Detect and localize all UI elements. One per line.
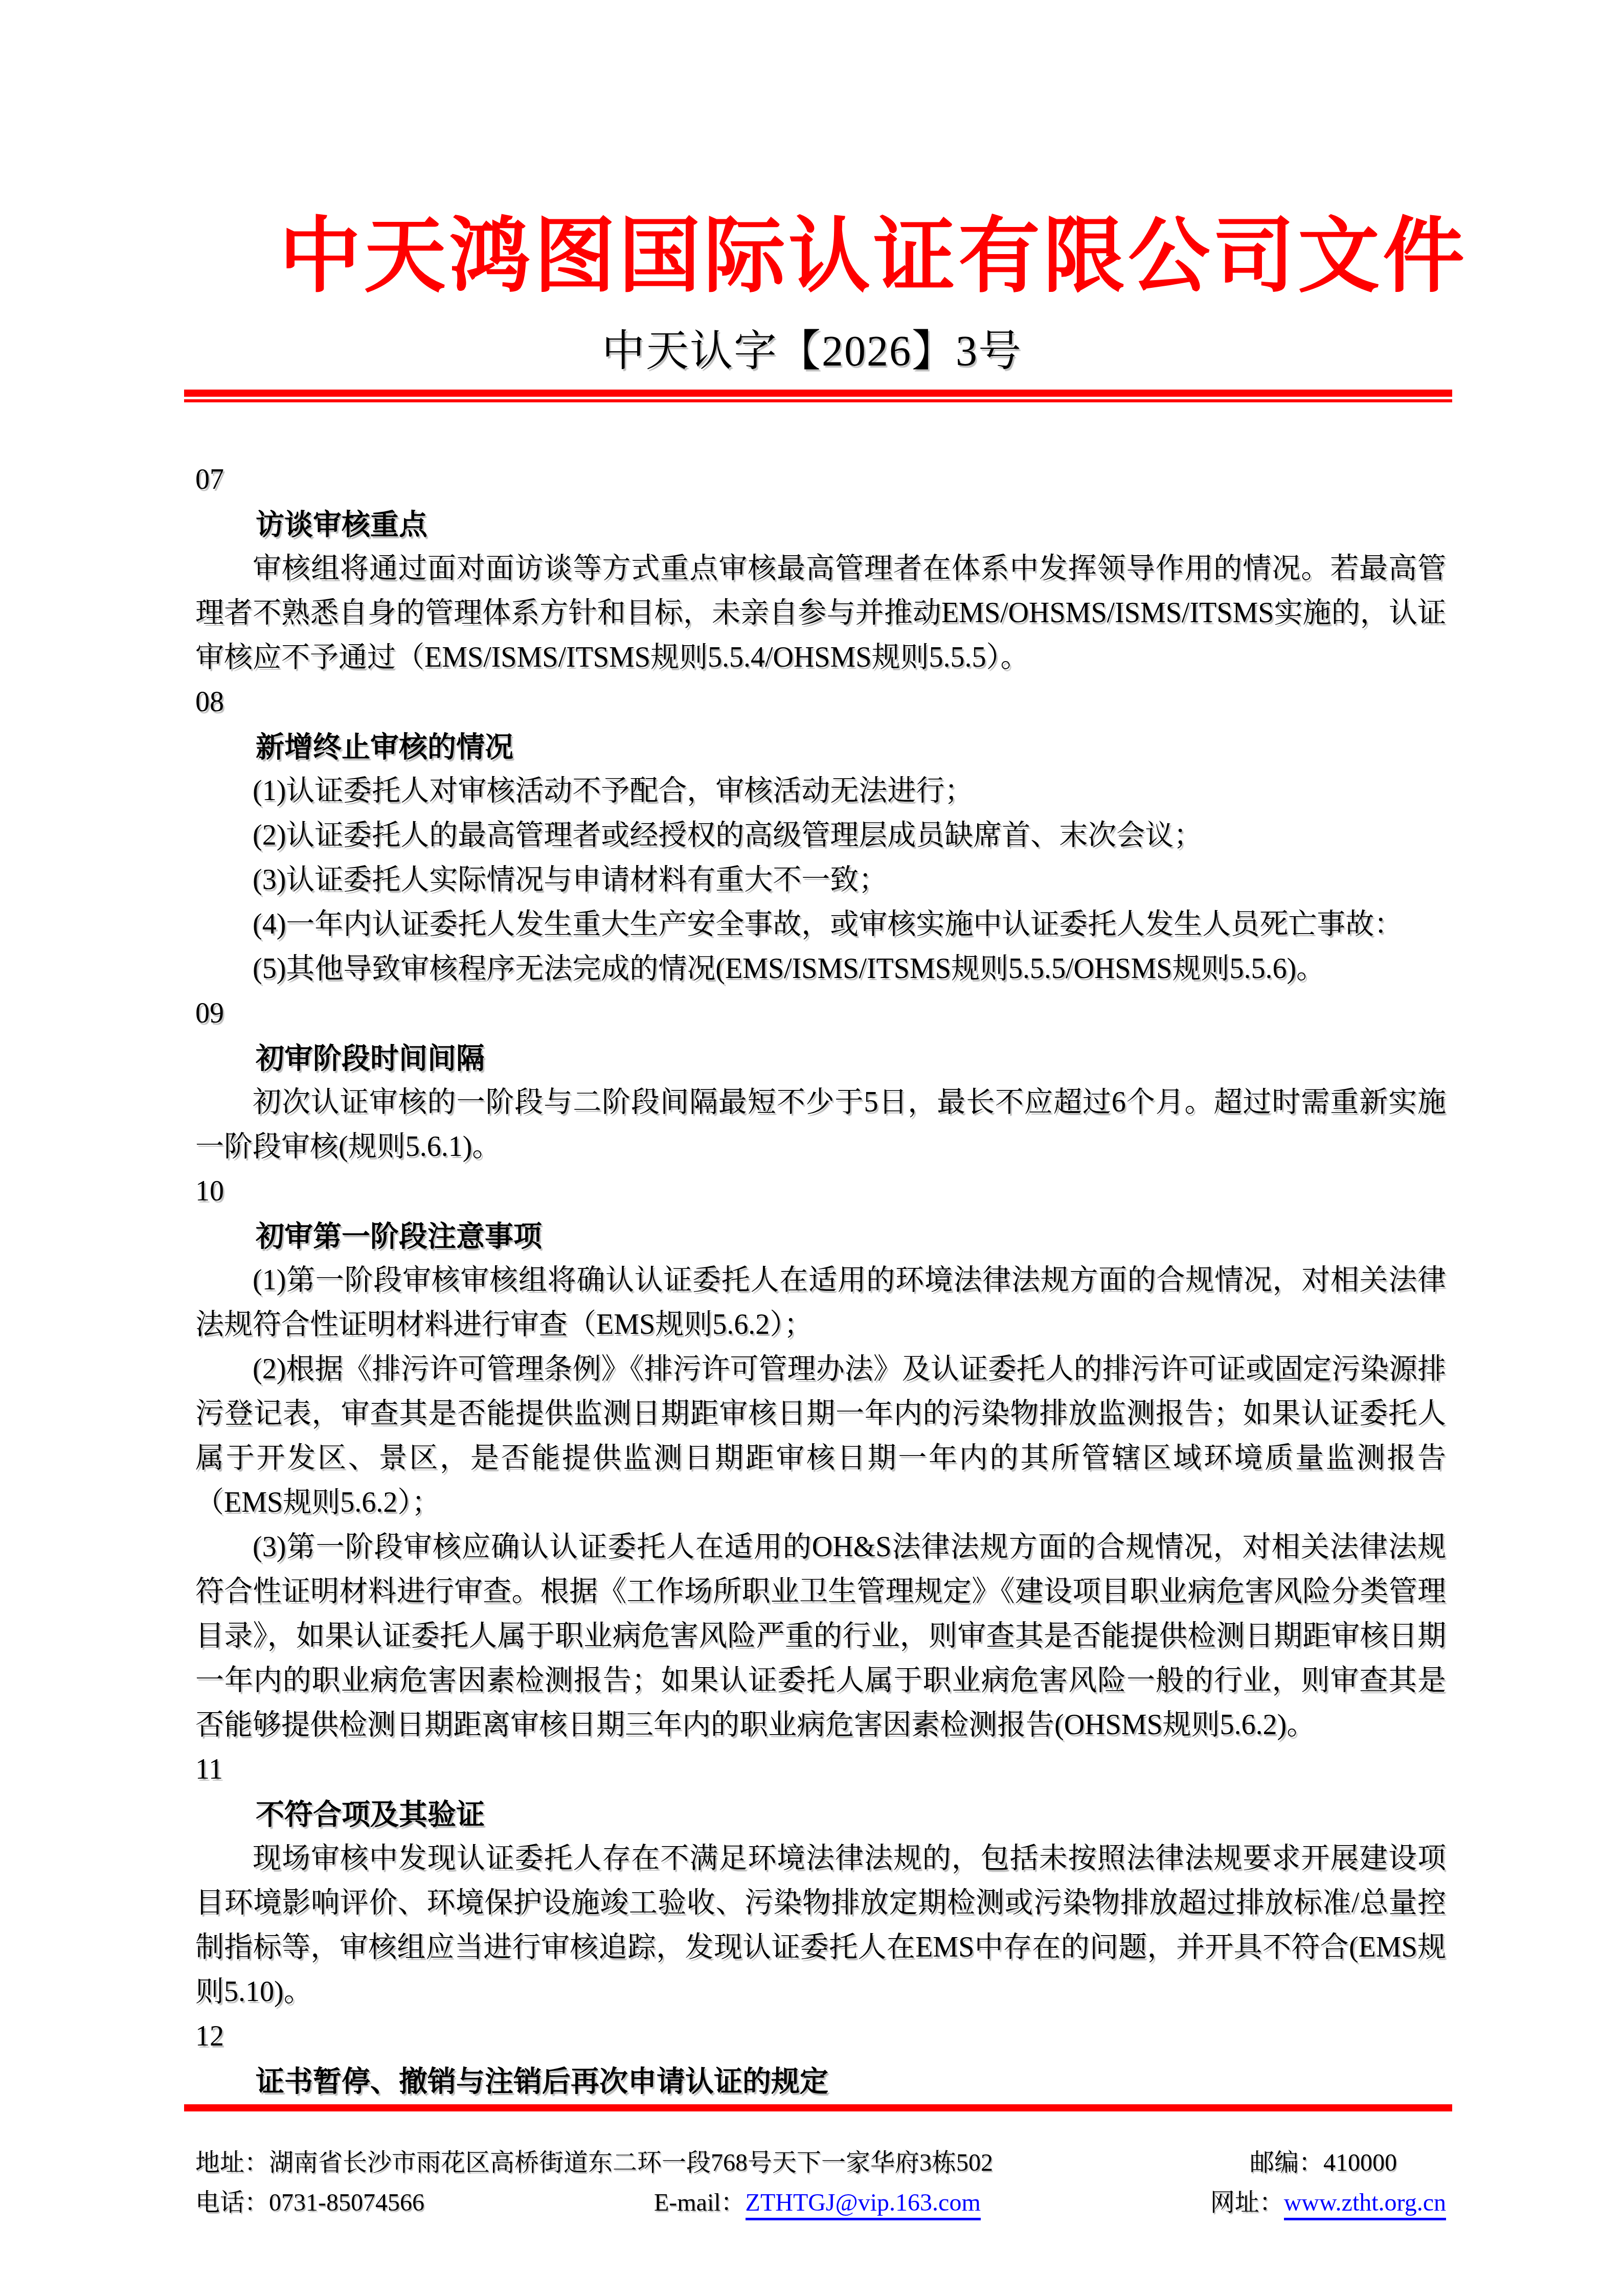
website-label: 网址： [1210,2189,1284,2216]
document-page: 中天鸿图国际认证有限公司文件 中天认字【2026】3号 07访谈审核重点审核组将… [0,0,1624,2296]
section-number: 10 [195,1169,1446,1214]
section-heading: 不符合项及其验证 [195,1792,1446,1836]
phone-value: 0731-85074566 [269,2189,424,2216]
address-label: 地址： [195,2149,269,2176]
section-number: 12 [195,2014,1446,2059]
paragraph: (2)认证委托人的最高管理者或经授权的高级管理层成员缺席首、末次会议； [195,813,1446,858]
address-value: 湖南省长沙市雨花区高桥街道东二环一段768号天下一家华府3栋502 [269,2149,993,2176]
phone: 电话：0731-85074566 [195,2183,424,2223]
website-link[interactable]: www.ztht.org.cn [1284,2189,1446,2220]
paragraph: (5)其他导致审核程序无法完成的情况(EMS/ISMS/ITSMS规则5.5.5… [195,947,1446,991]
header-divider-thin-line [184,399,1452,402]
header-divider [184,390,1452,402]
paragraph: (3)认证委托人实际情况与申请材料有重大不一致； [195,858,1446,902]
footer-divider [184,2104,1452,2111]
page-title: 中天鸿图国际认证有限公司文件 [61,214,1624,300]
footer-address-row: 地址：湖南省长沙市雨花区高桥街道东二环一段768号天下一家华府3栋502 邮编：… [195,2143,1446,2183]
paragraph: 审核组将通过面对面访谈等方式重点审核最高管理者在体系中发挥领导作用的情况。若最高… [195,547,1446,680]
email-label: E-mail： [654,2189,746,2216]
paragraph: (4)一年内认证委托人发生重大生产安全事故，或审核实施中认证委托人发生人员死亡事… [195,902,1446,947]
section-heading: 初审阶段时间间隔 [195,1036,1446,1080]
section-heading: 证书暂停、撤销与注销后再次申请认证的规定 [195,2059,1446,2103]
document-footer: 地址：湖南省长沙市雨花区高桥街道东二环一段768号天下一家华府3栋502 邮编：… [0,2104,1624,2223]
postcode: 邮编：410000 [1250,2143,1397,2183]
paragraph: (1)第一阶段审核审核组将确认认证委托人在适用的环境法律法规方面的合规情况，对相… [195,1258,1446,1347]
email-link[interactable]: ZTHTGJ@vip.163.com [746,2189,981,2220]
section-number: 09 [195,991,1446,1036]
postcode-label: 邮编： [1250,2149,1323,2176]
paragraph: (3)第一阶段审核应确认认证委托人在适用的OH&S法律法规方面的合规情况，对相关… [195,1525,1446,1747]
phone-label: 电话： [195,2189,269,2216]
email: E-mail：ZTHTGJ@vip.163.com [654,2183,981,2223]
section-heading: 新增终止审核的情况 [195,724,1446,769]
section-number: 11 [195,1747,1446,1792]
paragraph: (1)认证委托人对审核活动不予配合，审核活动无法进行； [195,769,1446,813]
address: 地址：湖南省长沙市雨花区高桥街道东二环一段768号天下一家华府3栋502 [195,2143,993,2183]
document-body: 07访谈审核重点审核组将通过面对面访谈等方式重点审核最高管理者在体系中发挥领导作… [195,458,1446,2103]
postcode-value: 410000 [1323,2149,1397,2176]
website: 网址：www.ztht.org.cn [1210,2183,1446,2223]
section-heading: 初审第一阶段注意事项 [195,1214,1446,1258]
paragraph: 现场审核中发现认证委托人存在不满足环境法律法规的，包括未按照法律法规要求开展建设… [195,1836,1446,2014]
section-number: 07 [195,458,1446,502]
section-number: 08 [195,680,1446,724]
section-heading: 访谈审核重点 [195,502,1446,547]
header-divider-thick-line [184,390,1452,397]
doc-number: 中天认字【2026】3号 [0,328,1624,375]
footer-contact-row: 电话：0731-85074566 E-mail：ZTHTGJ@vip.163.c… [195,2183,1446,2223]
paragraph: 初次认证审核的一阶段与二阶段间隔最短不少于5日，最长不应超过6个月。超过时需重新… [195,1080,1446,1169]
paragraph: (2)根据《排污许可管理条例》《排污许可管理办法》及认证委托人的排污许可证或固定… [195,1347,1446,1525]
